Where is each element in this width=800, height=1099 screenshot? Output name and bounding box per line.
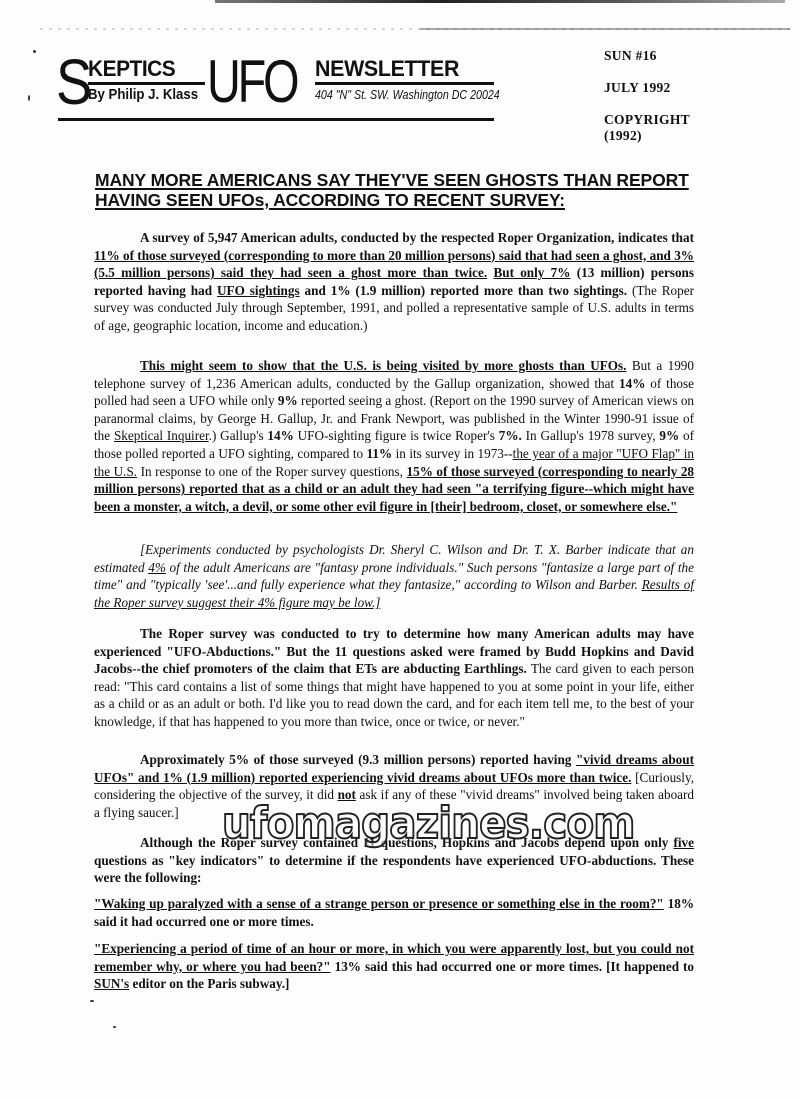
scan-edge-line: [420, 28, 790, 30]
text: In response to one of the Roper survey q…: [137, 464, 406, 479]
masthead-rule: [88, 82, 205, 85]
text: 7%.: [499, 428, 522, 443]
text: In Gallup's 1978 survey,: [522, 428, 660, 443]
scan-speck: [33, 50, 36, 53]
newsletter-masthead: S KEPTICS By Philip J. Klass UFO NEWSLET…: [56, 56, 496, 122]
copyright-line: COPYRIGHT: [604, 112, 690, 128]
text: .) Gallup's: [209, 428, 268, 443]
paragraph-gallup-survey: This might seem to show that the U.S. is…: [94, 357, 694, 515]
text: 11%: [367, 446, 393, 461]
masthead-title-skeptics: KEPTICS: [88, 58, 175, 80]
scan-speck: [28, 95, 30, 101]
underlined-text: SUN's: [94, 976, 129, 991]
paragraph-fantasy-prone: [Experiments conducted by psychologists …: [94, 541, 694, 611]
question-text: "Waking up paralyzed with a sense of a s…: [94, 896, 664, 911]
masthead-base-rule: [58, 118, 494, 121]
scan-edge-line: [215, 0, 785, 3]
publication-title: Skeptical Inquirer: [114, 428, 209, 443]
result-text: 13% said this had occurred one or more t…: [331, 959, 694, 974]
text: 14%: [619, 376, 645, 391]
text: 14%: [267, 428, 293, 443]
scan-speck: [113, 1026, 116, 1028]
text: and 1% (1.9 million) reported more than …: [300, 283, 627, 298]
text: UFO-sighting figure is twice Roper's: [294, 428, 499, 443]
scan-artifact-top: [0, 0, 800, 40]
masthead-title-newsletter: NEWSLETTER: [315, 58, 459, 80]
issue-date: JULY 1992: [604, 80, 690, 96]
text: editor on the Paris subway.]: [129, 976, 289, 991]
underlined-text: This might seem to show that the U.S. is…: [140, 358, 626, 373]
scan-speck: [90, 1000, 94, 1002]
underlined-text: five: [673, 835, 694, 850]
text: A survey of 5,947 American adults, condu…: [140, 230, 694, 245]
text: Approximately 5% of those surveyed (9.3 …: [140, 752, 576, 767]
article-headline: MANY MORE AMERICANS SAY THEY'VE SEEN GHO…: [95, 170, 695, 210]
issue-number: SUN #16: [604, 48, 690, 64]
site-watermark: ufomagazines.com: [222, 800, 634, 848]
underlined-text: 4%: [148, 560, 166, 575]
text: questions as "key indicators" to determi…: [94, 853, 694, 886]
masthead-address: 404 "N" St. SW. Washington DC 20024: [315, 87, 500, 103]
masthead-title-ufo: UFO: [207, 52, 296, 112]
masthead-byline: By Philip J. Klass: [88, 86, 198, 104]
masthead-rule: [315, 82, 494, 85]
paragraph-abductions: The Roper survey was conducted to try to…: [94, 625, 694, 731]
paragraph-roper-survey: A survey of 5,947 American adults, condu…: [94, 229, 694, 335]
text: of the adult Americans are "fantasy pron…: [94, 560, 694, 593]
question-missing-time: "Experiencing a period of time of an hou…: [94, 940, 694, 993]
copyright-year: (1992): [604, 128, 690, 144]
underlined-text: UFO sightings: [217, 283, 300, 298]
underlined-text: But only 7%: [493, 265, 570, 280]
text: in its survey in 1973--: [392, 446, 512, 461]
text: 9%: [659, 428, 679, 443]
question-waking-paralyzed: "Waking up paralyzed with a sense of a s…: [94, 895, 694, 930]
text: 9%: [278, 393, 298, 408]
issue-info: SUN #16 JULY 1992 COPYRIGHT (1992): [604, 48, 690, 144]
masthead-initial: S: [56, 50, 91, 114]
